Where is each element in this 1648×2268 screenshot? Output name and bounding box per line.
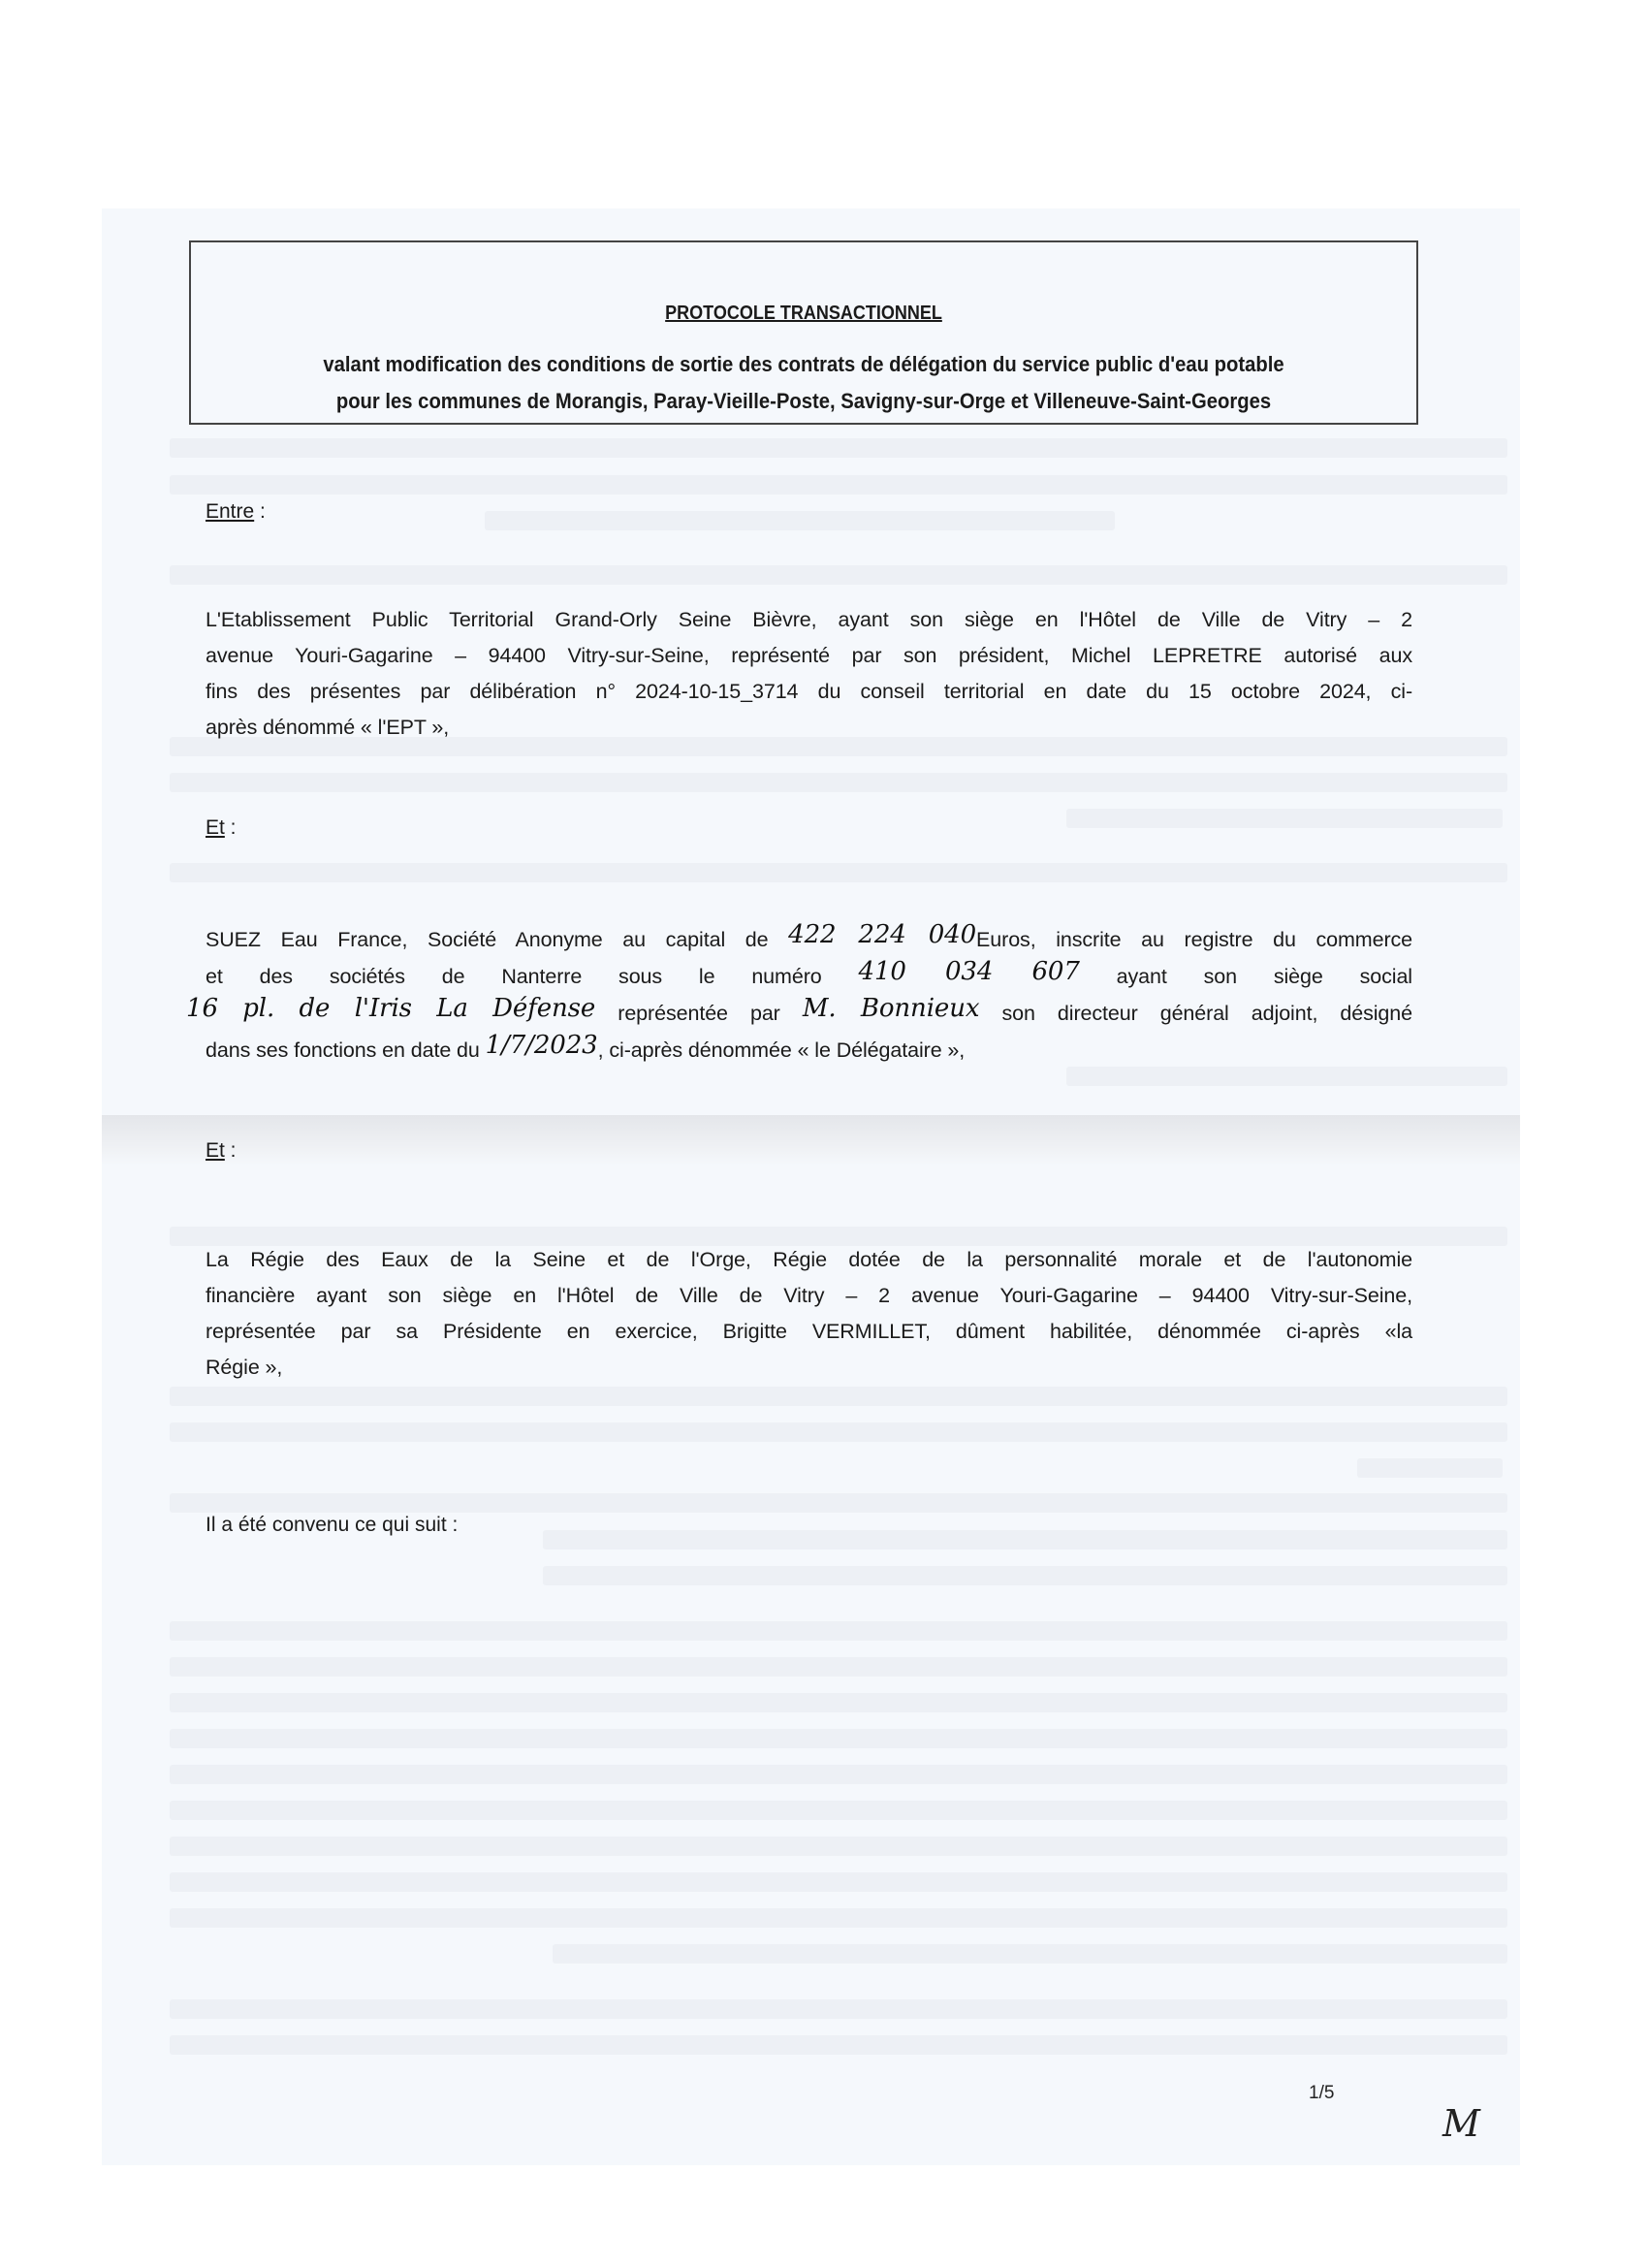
bleed-through-line [170, 1765, 1507, 1784]
page-number: 1/5 [1309, 2083, 1334, 2104]
paragraph-line: Régie », [206, 1350, 1412, 1386]
bleed-through-line [170, 1493, 1507, 1513]
bleed-through-line [170, 1872, 1507, 1892]
agreement-intro: Il a été convenu ce qui suit : [206, 1514, 458, 1537]
text: SUEZ Eau France, Société Anonyme au capi… [206, 928, 788, 951]
handwritten-initials: M [1442, 2102, 1480, 2145]
bleed-through-line [170, 475, 1507, 495]
party-regie-paragraph: La Régie des Eaux de la Seine et de l'Or… [206, 1242, 1412, 1386]
bleed-through-line [170, 1422, 1507, 1442]
handwritten-representative: M. Bonnieux [803, 994, 980, 1023]
handwritten-rcs-number: 410 034 607 [859, 957, 1080, 986]
bleed-through-line [170, 1621, 1507, 1641]
section-label-et-2: Et : [206, 1139, 237, 1163]
paragraph-line: avenue Youri-Gagarine – 94400 Vitry-sur-… [206, 638, 1412, 674]
bleed-through-line [543, 1566, 1507, 1585]
text: , ci-après dénommée « le Délégataire », [598, 1038, 966, 1062]
bleed-through-line [1066, 1067, 1507, 1086]
label-colon: : [225, 816, 237, 839]
bleed-through-line [170, 2035, 1507, 2055]
paragraph-line: après dénommé « l'EPT », [206, 710, 1412, 746]
bleed-through-line [170, 773, 1507, 792]
text: ayant son siège social [1080, 965, 1412, 988]
label-colon: : [225, 1139, 237, 1162]
text: son directeur général adjoint, désigné [979, 1002, 1412, 1025]
label-text: Et [206, 1139, 225, 1162]
paragraph-line: représentée par sa Présidente en exercic… [206, 1314, 1412, 1350]
text: et des sociétés de Nanterre sous le numé… [206, 965, 859, 988]
paragraph-line: 16 pl. de l'Iris La Défense représentée … [186, 995, 1412, 1032]
handwritten-date: 1/7/2023 [486, 1031, 598, 1060]
text: Euros, inscrite au registre du commerce [976, 928, 1412, 951]
paragraph-line: dans ses fonctions en date du 1/7/2023, … [206, 1032, 1412, 1069]
bleed-through-line [1066, 809, 1503, 828]
document-subtitle-line-1: valant modification des conditions de so… [240, 352, 1368, 377]
label-text: Entre [206, 500, 254, 523]
paragraph-line: financière ayant son siège en l'Hôtel de… [206, 1278, 1412, 1314]
bleed-through-line [170, 1837, 1507, 1856]
paragraph-line: fins des présentes par délibération n° 2… [206, 674, 1412, 710]
paragraph-line: SUEZ Eau France, Société Anonyme au capi… [206, 921, 1412, 958]
paragraph-line: La Régie des Eaux de la Seine et de l'Or… [206, 1242, 1412, 1278]
bleed-through-line [543, 1530, 1507, 1549]
scan-shadow-band [102, 1115, 1520, 1166]
bleed-through-line [170, 438, 1507, 458]
text: représentée par [595, 1002, 803, 1025]
bleed-through-line [170, 1387, 1507, 1406]
bleed-through-line [170, 863, 1507, 882]
bleed-through-line [170, 1999, 1507, 2019]
text: dans ses fonctions en date du [206, 1038, 486, 1062]
party-ept-paragraph: L'Etablissement Public Territorial Grand… [206, 602, 1412, 746]
bleed-through-line [553, 1944, 1507, 1964]
title-box: PROTOCOLE TRANSACTIONNEL valant modifica… [189, 240, 1418, 425]
handwritten-capital: 422 224 040 [788, 920, 976, 949]
label-colon: : [254, 500, 266, 523]
handwritten-address: 16 pl. de l'Iris La Défense [186, 994, 595, 1023]
party-suez-paragraph: SUEZ Eau France, Société Anonyme au capi… [206, 921, 1412, 1069]
document-title: PROTOCOLE TRANSACTIONNEL [252, 303, 1355, 325]
bleed-through-line [170, 1693, 1507, 1712]
section-label-entre: Entre : [206, 500, 266, 524]
paragraph-line: L'Etablissement Public Territorial Grand… [206, 602, 1412, 638]
paragraph-line: et des sociétés de Nanterre sous le numé… [206, 958, 1412, 995]
bleed-through-line [1357, 1458, 1503, 1478]
bleed-through-line [170, 1908, 1507, 1928]
bleed-through-line [170, 1729, 1507, 1748]
bleed-through-line [485, 511, 1115, 530]
label-text: Et [206, 816, 225, 839]
bleed-through-line [170, 1657, 1507, 1677]
bleed-through-line [170, 1801, 1507, 1820]
section-label-et-1: Et : [206, 816, 237, 840]
bleed-through-line [170, 565, 1507, 585]
document-subtitle-line-2: pour les communes de Morangis, Paray-Vie… [240, 389, 1368, 414]
